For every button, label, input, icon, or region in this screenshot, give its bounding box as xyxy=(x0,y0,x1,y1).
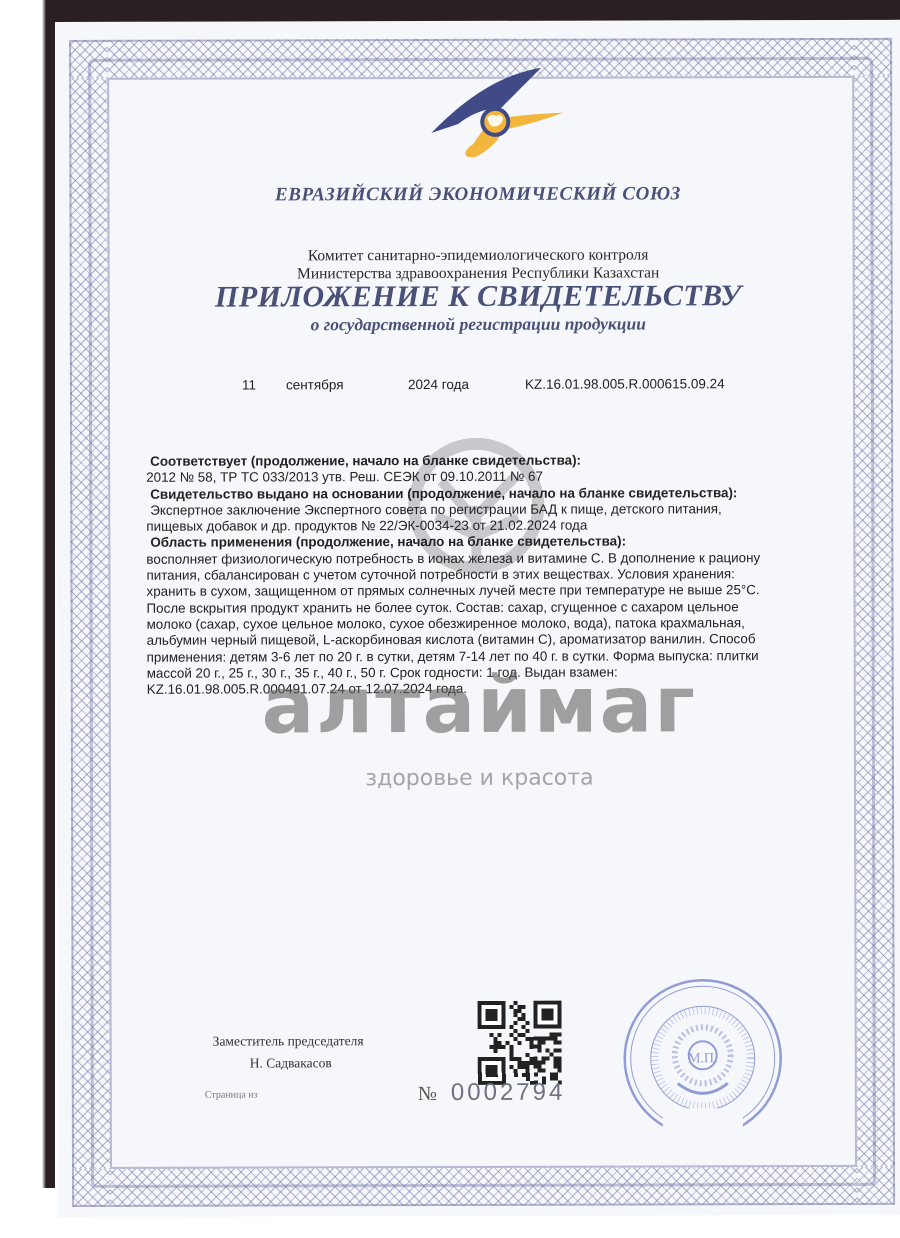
section-text-line: питания, сбалансирован с учетом суточной… xyxy=(146,566,811,584)
svg-text:М.П.: М.П. xyxy=(688,1051,718,1066)
qr-code-icon[interactable] xyxy=(478,1001,562,1085)
scan-edge-top xyxy=(54,0,900,22)
section-text-line: Экспертное заключение Экспертного совета… xyxy=(146,501,811,519)
section-text-line: молоко (сахар, сухое цельное молоко, сух… xyxy=(147,615,812,633)
union-name: ЕВРАЗИЙСКИЙ ЭКОНОМИЧЕСКИЙ СОЮЗ xyxy=(55,183,900,207)
eaeu-logo-icon xyxy=(413,56,573,166)
watermark-tagline: здоровье и красота xyxy=(57,765,900,792)
section-text-line: После вскрытия продукт хранить не более … xyxy=(147,599,812,617)
signer-name: Н. Садвакасов xyxy=(250,1055,332,1071)
certificate-sheet: ЕВРАЗИЙСКИЙ ЭКОНОМИЧЕСКИЙ СОЮЗ Комитет с… xyxy=(55,20,900,1217)
section-text-line: пищевых добавок и др. продуктов № 22/ЭК-… xyxy=(146,517,811,535)
section-text-line: восполняет физиологическую потребность в… xyxy=(146,550,811,568)
signer-role: Заместитель председателя xyxy=(213,1033,364,1049)
committee-line-1: Комитет санитарно-эпидемиологического ко… xyxy=(56,246,900,266)
document-subtitle: о государственной регистрации продукции xyxy=(56,313,900,336)
section-text-line: альбумин черный пищевой, L-аскорбиновая … xyxy=(147,631,812,649)
serial-prefix: № xyxy=(418,1083,437,1105)
watermark-brand: алтаймаг xyxy=(57,660,900,752)
date-day: 11 xyxy=(242,377,256,392)
section-heading-scope: Область применения (продолжение, начало … xyxy=(146,534,811,552)
registration-number: KZ.16.01.98.005.R.000615.09.24 xyxy=(525,376,725,392)
document-title: ПРИЛОЖЕНИЕ К СВИДЕТЕЛЬСТВУ xyxy=(56,279,900,315)
serial-number: №0002794 xyxy=(418,1079,566,1107)
official-stamp-icon: М.П. xyxy=(617,973,787,1143)
date-year: 2024 года xyxy=(408,377,469,392)
page-label: Страница из xyxy=(205,1089,258,1100)
date-month: сентября xyxy=(286,377,344,392)
section-text-line: 2012 № 58, ТР ТС 033/2013 утв. Реш. СЕЭК… xyxy=(146,468,811,486)
section-text-line: хранить в сухом, защищенном от прямых со… xyxy=(146,582,811,600)
section-heading-compliance: Соответствует (продолжение, начало на бл… xyxy=(146,452,811,470)
section-heading-basis: Свидетельство выдано на основании (продо… xyxy=(146,485,811,503)
serial-value: 0002794 xyxy=(451,1079,566,1106)
scan-edge-left xyxy=(0,0,55,1188)
